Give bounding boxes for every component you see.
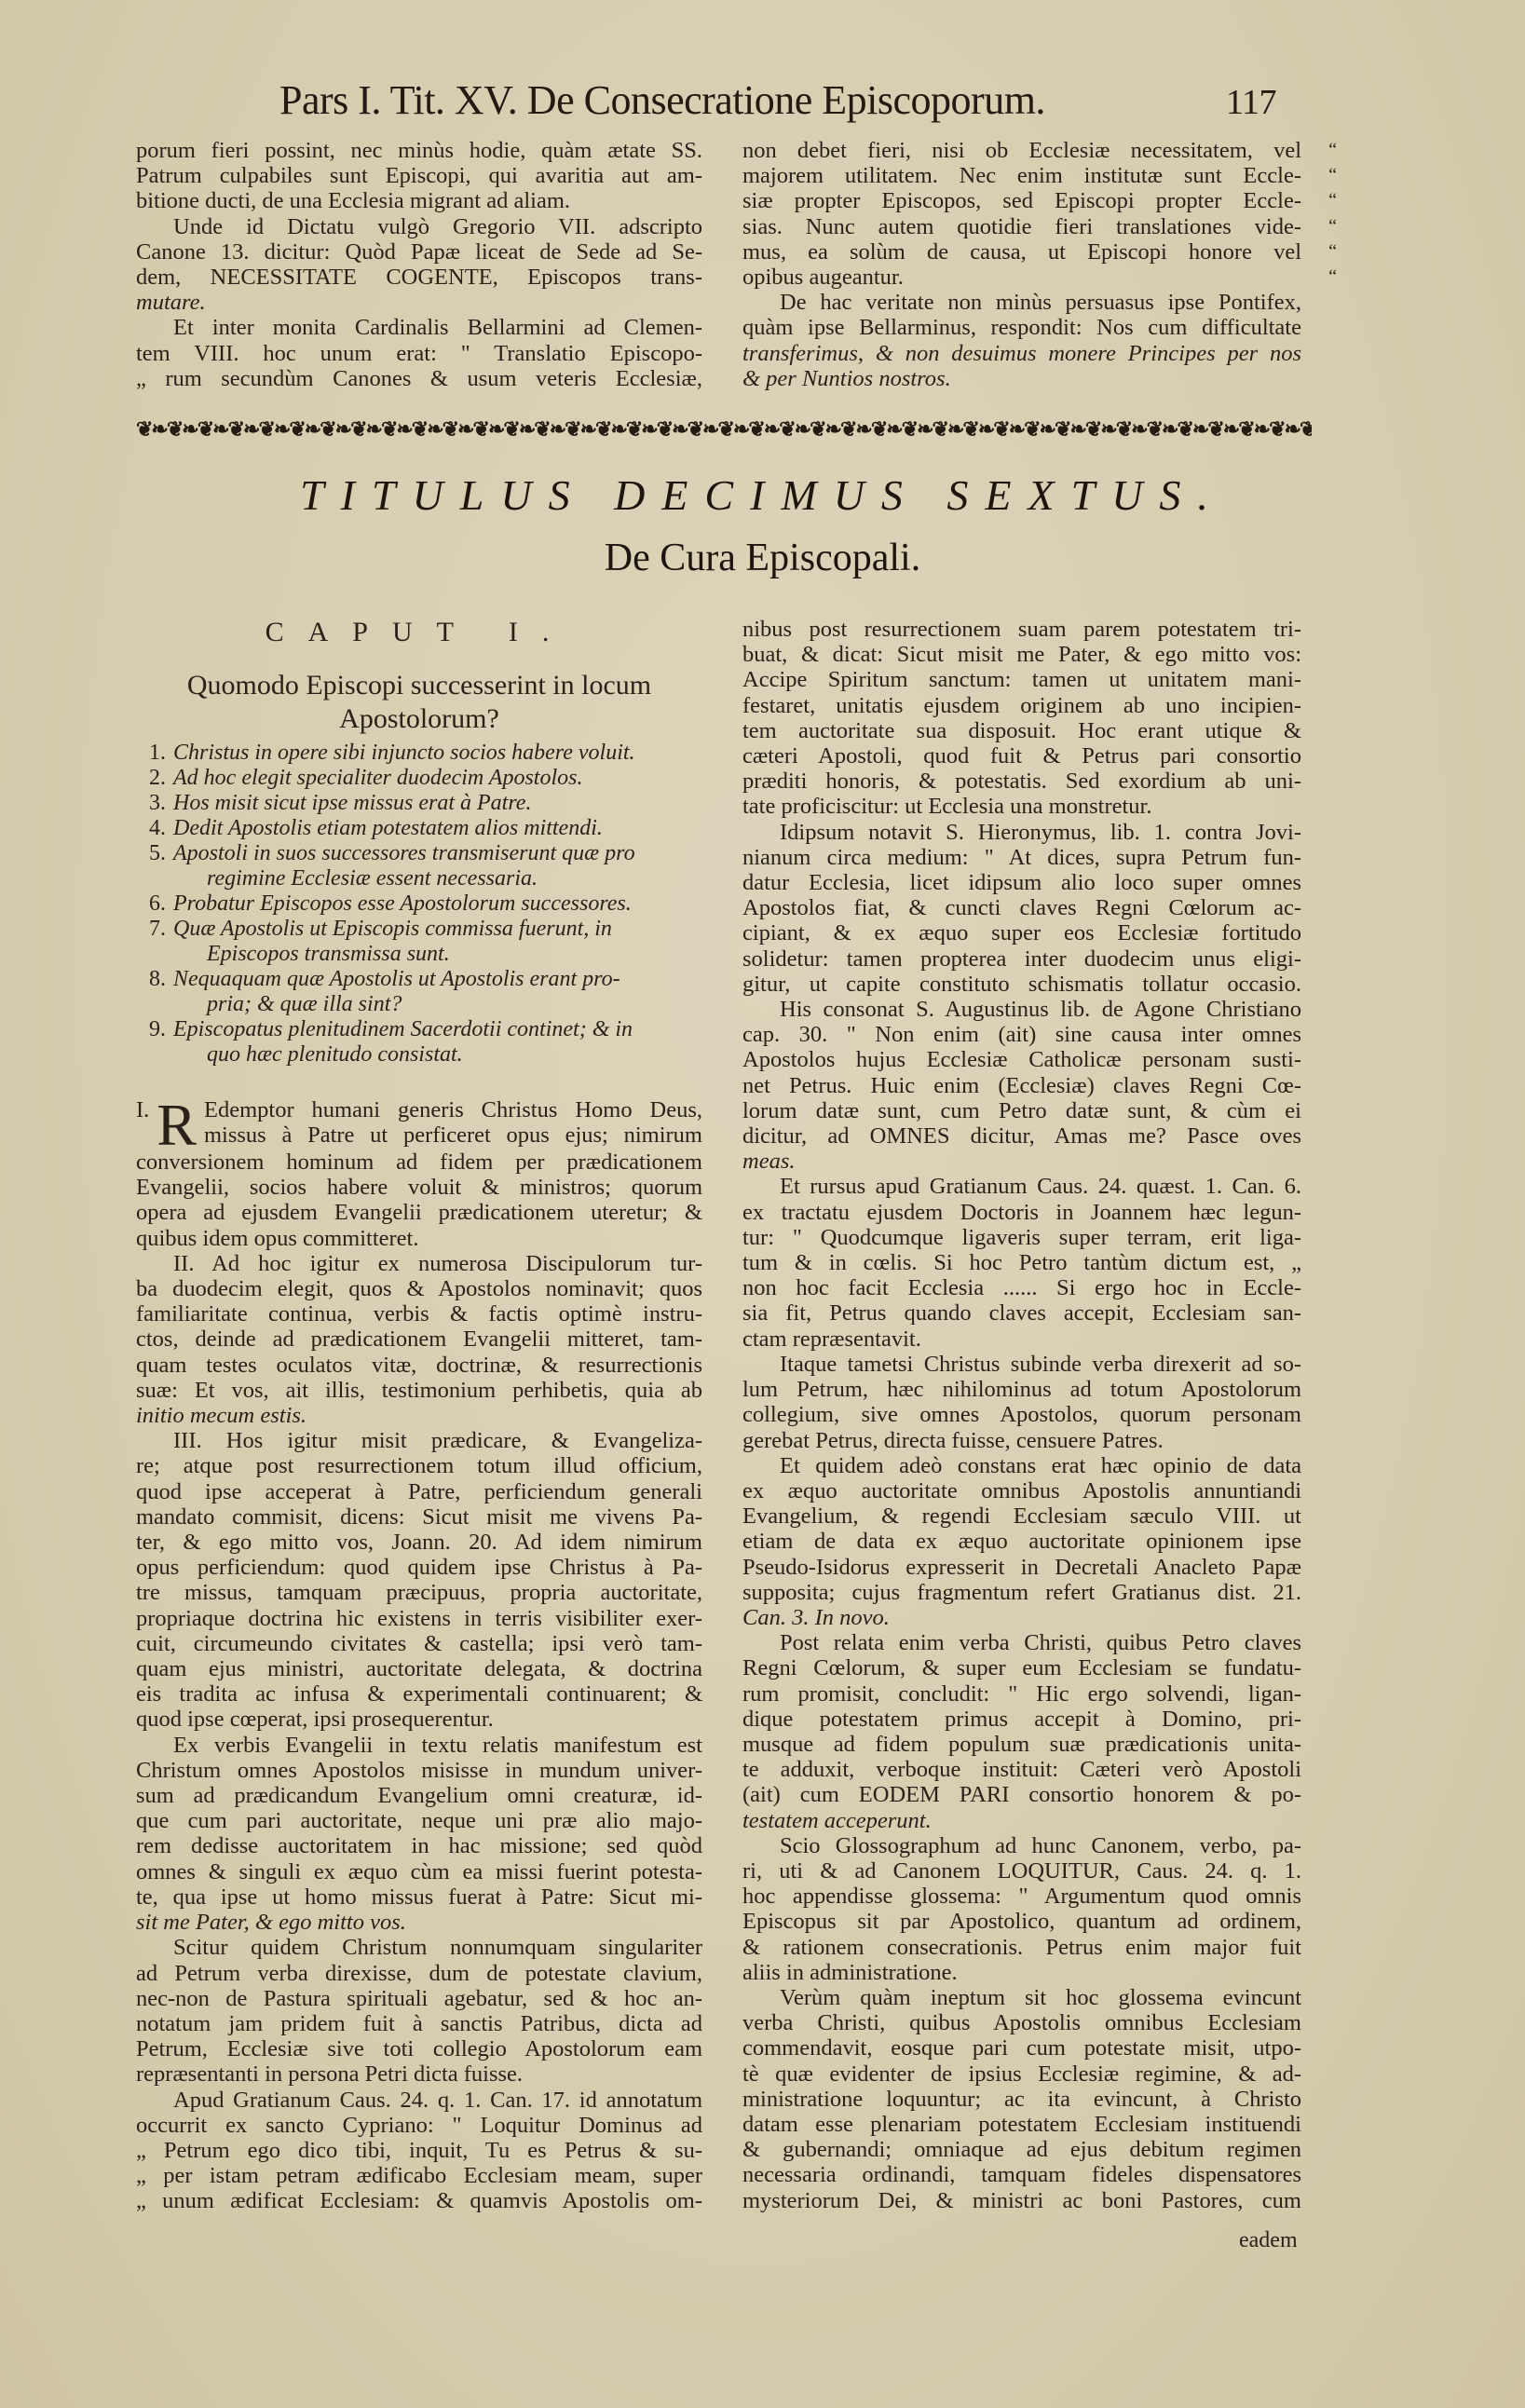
- paragraph-itaque: Itaque tametsi Christus subinde verba di…: [742, 1352, 1301, 1453]
- text-line: Patrum culpabiles sunt Episcopi, qui ava…: [136, 163, 702, 188]
- text-line: Ex verbis Evangelii in textu relatis man…: [136, 1733, 702, 1758]
- text-line: sum ad prædicandum Evangelium omni creat…: [136, 1783, 702, 1808]
- summary-continuation: regimine Ecclesiæ essent necessaria.: [149, 866, 699, 891]
- text-line: tem auctoritate sua disposuit. Hoc erant…: [742, 718, 1301, 743]
- text-line: quod ipse cœperat, ipsi prosequerentur.: [136, 1707, 702, 1732]
- quote-mark: “: [1328, 214, 1337, 239]
- text-line: rem dedisse auctoritatem in hac missione…: [136, 1833, 702, 1858]
- body-left-column: I. R Edemptor humani generis Christus Ho…: [136, 1097, 702, 2214]
- summary-number: 1.: [149, 741, 173, 766]
- summary-number: 6.: [149, 891, 173, 917]
- text-line: que cum pari auctoritate, neque uni præ …: [136, 1808, 702, 1833]
- text-line: Et quidem adeò constans erat hæc opinio …: [742, 1453, 1301, 1478]
- text-line: etiam de data ex æquo auctoritate opinio…: [742, 1529, 1301, 1554]
- text-line: & gubernandi; omniaque ad ejus debitum r…: [742, 2137, 1301, 2162]
- summary-continuation: pria; & quæ illa sint?: [149, 992, 699, 1017]
- summary-continuation: Episcopos transmissa sunt.: [149, 942, 699, 967]
- summary-item: 5.Apostoli in suos successores transmise…: [149, 841, 699, 866]
- text-line: Unde id Dictatu vulgò Gregorio VII. adsc…: [136, 214, 702, 239]
- section-I: I. R Edemptor humani generis Christus Ho…: [136, 1097, 702, 1251]
- text-line: ex æquo auctoritate omnibus Apostolis an…: [742, 1478, 1301, 1503]
- text-line: ter, & ego mitto vos, Joann. 20. Ad idem…: [136, 1530, 702, 1555]
- text-line: necessaria ordinandi, tamquam fideles di…: [742, 2162, 1301, 2187]
- text-line: repræsentanti in persona Petri dicta fui…: [136, 2061, 702, 2087]
- summary-number: 2.: [149, 766, 173, 791]
- summary-number: 5.: [149, 841, 173, 866]
- text-line: „ unum ædificat Ecclesiam: & quamvis Apo…: [136, 2188, 702, 2213]
- text-line: buat, & dicat: Sicut misit me Pater, & e…: [742, 642, 1301, 667]
- text-line: Idipsum notavit S. Hieronymus, lib. 1. c…: [742, 820, 1301, 845]
- text-line: Post relata enim verba Christi, quibus P…: [742, 1630, 1301, 1655]
- text-line: Christum omnes Apostolos misisse in mund…: [136, 1758, 702, 1783]
- line-text: non debet fieri, nisi ob Ecclesiæ necess…: [742, 138, 1301, 163]
- text-line: Edemptor humani generis Christus Homo De…: [136, 1097, 702, 1122]
- paragraph-et-quidem: Et quidem adeò constans erat hæc opinio …: [742, 1453, 1301, 1630]
- paragraph-continuation: nibus post resurrectionem suam parem pot…: [742, 617, 1301, 820]
- catchword: eadem: [1239, 2228, 1298, 2253]
- text-line: gerebat Petrus, directa fuisse, censuere…: [742, 1428, 1301, 1453]
- text-line: opibus augeantur.“: [742, 265, 1301, 290]
- text-line: mandato commisit, dicens: Sicut misit me…: [136, 1504, 702, 1530]
- text-line: Et rursus apud Gratianum Caus. 24. quæst…: [742, 1174, 1301, 1199]
- text-line: meas.: [742, 1149, 1301, 1174]
- summary-text: Nequaquam quæ Apostolis ut Apostolis era…: [173, 967, 699, 992]
- text-line: initio mecum estis.: [136, 1403, 702, 1428]
- text-line: quibus idem opus committeret.: [136, 1226, 702, 1251]
- chapter-question: Quomodo Episcopi successerint in locum A…: [136, 669, 702, 736]
- text-line: Itaque tametsi Christus subinde verba di…: [742, 1352, 1301, 1377]
- continuation-right-column: non debet fieri, nisi ob Ecclesiæ necess…: [742, 138, 1301, 391]
- paragraph-apud-gratianum: Apud Gratianum Caus. 24. q. 1. Can. 17. …: [136, 2088, 702, 2214]
- text-line: III. Hos igitur misit prædicare, & Evang…: [136, 1428, 702, 1453]
- summary-text: Probatur Episcopos esse Apostolorum succ…: [173, 891, 699, 917]
- quote-mark: “: [1328, 138, 1337, 163]
- text-line: sit me Pater, & ego mitto vos.: [136, 1910, 702, 1935]
- text-line: tur: " Quodcumque ligaveris super terram…: [742, 1225, 1301, 1250]
- text-line: te, qua ipse ut homo missus fuerat à Pat…: [136, 1884, 702, 1910]
- text-line: Et inter monita Cardinalis Bellarmini ad…: [136, 315, 702, 340]
- drop-cap: R: [157, 1101, 197, 1150]
- text-line: quam testes oculatos vitæ, doctrinæ, & r…: [136, 1353, 702, 1378]
- text-line: nibus post resurrectionem suam parem pot…: [742, 617, 1301, 642]
- paragraph-scitur: Scitur quidem Christum nonnumquam singul…: [136, 1935, 702, 2087]
- chapter-summary-list: 1.Christus in opere sibi injuncto socios…: [149, 741, 699, 1068]
- text-line: cæteri Apostoli, quod fuit & Petrus pari…: [742, 743, 1301, 769]
- text-line: quod ipse acceperat à Patre, perficiendu…: [136, 1479, 702, 1504]
- summary-text: Ad hoc elegit specialiter duodecim Apost…: [173, 766, 699, 791]
- question-line: Apostolorum?: [136, 702, 702, 736]
- text-line: Scitur quidem Christum nonnumquam singul…: [136, 1935, 702, 1960]
- summary-item: 2.Ad hoc elegit specialiter duodecim Apo…: [149, 766, 699, 791]
- text-line: solidetur: tamen propterea inter duodeci…: [742, 946, 1301, 972]
- text-line: non debet fieri, nisi ob Ecclesiæ necess…: [742, 138, 1301, 163]
- title-subtitle: De Cura Episcopali.: [0, 536, 1525, 580]
- text-line: præditi honoris, & potestatis. Sed exord…: [742, 769, 1301, 794]
- question-line: Quomodo Episcopi successerint in locum: [136, 669, 702, 702]
- text-line: missus à Patre ut perficeret opus ejus; …: [136, 1122, 702, 1148]
- summary-item: 8.Nequaquam quæ Apostolis ut Apostolis e…: [149, 967, 699, 992]
- quote-mark: “: [1328, 188, 1337, 213]
- text-line: conversionem hominum ad fidem per prædic…: [136, 1150, 702, 1175]
- text-line: cap. 30. " Non enim (ait) sine causa int…: [742, 1022, 1301, 1047]
- text-line: & rationem consecrationis. Petrus enim m…: [742, 1935, 1301, 1960]
- summary-text: Apostoli in suos successores transmiseru…: [173, 841, 699, 866]
- text-line: Evangelii, socios habere voluit & minist…: [136, 1175, 702, 1200]
- text-line: gitur, ut capite constituto schismatis t…: [742, 972, 1301, 997]
- text-line: te adduxit, verboque instituit: Cæteri v…: [742, 1757, 1301, 1782]
- running-head: Pars I. Tit. XV. De Consecratione Episco…: [279, 76, 1314, 124]
- text-line: testatem acceperunt.: [742, 1808, 1301, 1833]
- text-line: dique potestatem primus accepit à Domino…: [742, 1707, 1301, 1732]
- paragraph-post-relata: Post relata enim verba Christi, quibus P…: [742, 1630, 1301, 1833]
- summary-number: 4.: [149, 816, 173, 841]
- summary-text: Dedit Apostolis etiam potestatem alios m…: [173, 816, 699, 841]
- summary-number: 8.: [149, 967, 173, 992]
- text-line: net Petrus. Huic enim (Ecclesiæ) claves …: [742, 1073, 1301, 1098]
- text-line: Apostolos fiat, & cuncti claves Regni Cœ…: [742, 895, 1301, 920]
- line-text: mus, ea solùm de causa, ut Episcopi hono…: [742, 239, 1301, 265]
- text-line: cipiant, & ex æquo super eos Ecclesiæ fo…: [742, 920, 1301, 946]
- text-line: siæ propter Episcopos, sed Episcopi prop…: [742, 188, 1301, 213]
- quote-mark: “: [1328, 163, 1337, 188]
- text-line: commendavit, eosque pari cum potestate m…: [742, 2035, 1301, 2061]
- text-line: tre missus, tamquam præcipuus, propria a…: [136, 1580, 702, 1605]
- text-line: ad Petrum verba direxisse, dum de potest…: [136, 1961, 702, 1986]
- text-line: musque ad fidem populum suæ prædicationi…: [742, 1732, 1301, 1757]
- summary-number: 3.: [149, 791, 173, 816]
- text-line: opus perficiendum: quod quidem ipse Chri…: [136, 1555, 702, 1580]
- text-line: tè quæ evidenter de ipsius Ecclesiæ regi…: [742, 2061, 1301, 2087]
- text-line: Episcopus sit par Apostolico, quantum ad…: [742, 1909, 1301, 1934]
- summary-continuation: quo hæc plenitudo consistat.: [149, 1042, 699, 1068]
- body-right-column: nibus post resurrectionem suam parem pot…: [742, 617, 1301, 2213]
- text-line: occurrit ex sancto Cypriano: " Loquitur …: [136, 2113, 702, 2138]
- summary-text: Episcopatus plenitudinem Sacerdotii cont…: [173, 1017, 699, 1042]
- paragraph-verum: Verùm quàm ineptum sit hoc glossema evin…: [742, 1985, 1301, 2213]
- text-line: aliis in administratione.: [742, 1960, 1301, 1985]
- text-line: Petrum, Ecclesiæ sive toti collegio Apos…: [136, 2036, 702, 2061]
- text-line: notatum jam pridem fuit à sanctis Patrib…: [136, 2011, 702, 2036]
- text-line: ministratione loquuntur; ac ita evincunt…: [742, 2087, 1301, 2112]
- summary-item: 1.Christus in opere sibi injuncto socios…: [149, 741, 699, 766]
- page-number: 117: [1226, 82, 1276, 123]
- text-line: lorum datæ sunt, cum Petro datæ sunt, & …: [742, 1098, 1301, 1123]
- text-line: sia fit, Petrus quando claves accepit, E…: [742, 1300, 1301, 1326]
- quote-mark: “: [1328, 265, 1337, 290]
- quote-mark: “: [1328, 239, 1337, 265]
- decorative-ornament-band: ❦❧❦❧❦❧❦❧❦❧❦❧❦❧❦❧❦❧❦❧❦❧❦❧❦❧❦❧❦❧❦❧❦❧❦❧❦❧❦❧…: [136, 417, 1312, 442]
- text-line: datam esse plenariam potestatem Ecclesia…: [742, 2112, 1301, 2137]
- text-line: quam ejus ministri, auctoritate delegata…: [136, 1656, 702, 1681]
- text-line: verba Christi, quibus Apostolis omnibus …: [742, 2010, 1301, 2035]
- text-line: opera ad ejusdem Evangelii prædicationem…: [136, 1200, 702, 1225]
- text-line: His consonat S. Augustinus lib. de Agone…: [742, 997, 1301, 1022]
- text-line: dicitur, ad OMNES dicitur, Amas me? Pasc…: [742, 1123, 1301, 1149]
- text-line: Canone 13. dicitur: Quòd Papæ liceat de …: [136, 239, 702, 265]
- summary-item: 4.Dedit Apostolis etiam potestatem alios…: [149, 816, 699, 841]
- book-page: Pars I. Tit. XV. De Consecratione Episco…: [0, 0, 1525, 2408]
- paragraph-ex-verbis: Ex verbis Evangelii in textu relatis man…: [136, 1733, 702, 1936]
- text-line: II. Ad hoc igitur ex numerosa Discipulor…: [136, 1251, 702, 1276]
- text-line: re; atque post resurrectionem totum illu…: [136, 1453, 702, 1478]
- text-line: „ per istam petram ædificabo Ecclesiam m…: [136, 2163, 702, 2188]
- text-line: „ rum secundùm Canones & usum veteris Ec…: [136, 366, 702, 391]
- text-line: hoc appendisse glossema: " Argumentum qu…: [742, 1884, 1301, 1909]
- paragraph-his-consonat: His consonat S. Augustinus lib. de Agone…: [742, 997, 1301, 1174]
- text-line: Accipe Spiritum sanctum: tamen ut unitat…: [742, 667, 1301, 692]
- text-line: „ Petrum ego dico tibi, inquit, Tu es Pe…: [136, 2138, 702, 2163]
- summary-number: 9.: [149, 1017, 173, 1042]
- text-line: mus, ea solùm de causa, ut Episcopi hono…: [742, 239, 1301, 265]
- text-line: majorem utilitatem. Nec enim institutæ s…: [742, 163, 1301, 188]
- text-line: Apostolos hujus Ecclesiæ Catholicæ perso…: [742, 1047, 1301, 1072]
- text-line: dem, NECESSITATE COGENTE, Episcopos tran…: [136, 265, 702, 290]
- text-line: & per Nuntios nostros.: [742, 366, 1301, 391]
- text-line: suæ: Et vos, ait illis, testimonium perh…: [136, 1378, 702, 1403]
- paragraph-et-rursus: Et rursus apud Gratianum Caus. 24. quæst…: [742, 1174, 1301, 1351]
- text-line: tem VIII. hoc unum erat: " Translatio Ep…: [136, 341, 702, 366]
- text-line: lum Petrum, hæc nihilominus ad totum Apo…: [742, 1377, 1301, 1402]
- text-line: non hoc facit Ecclesia ...... Si ergo ho…: [742, 1275, 1301, 1300]
- line-text: majorem utilitatem. Nec enim institutæ s…: [742, 163, 1301, 188]
- text-line: ex tractatu ejusdem Doctoris in Joannem …: [742, 1200, 1301, 1225]
- text-line: rum promisit, concludit: " Hic ergo solv…: [742, 1681, 1301, 1707]
- text-line: ba duodecim elegit, quos & Apostolos nom…: [136, 1276, 702, 1301]
- text-line: Scio Glossographum ad hunc Canonem, verb…: [742, 1833, 1301, 1858]
- text-line: omnes & singuli ex æquo cùm ea missi fue…: [136, 1859, 702, 1884]
- section-II: II. Ad hoc igitur ex numerosa Discipulor…: [136, 1251, 702, 1428]
- text-line: transferimus, & non desuimus monere Prin…: [742, 341, 1301, 366]
- text-line: De hac veritate non minùs persuasus ipse…: [742, 290, 1301, 315]
- summary-item: 7.Quæ Apostolis ut Episcopis commissa fu…: [149, 917, 699, 942]
- ornament-glyphs: ❦❧❦❧❦❧❦❧❦❧❦❧❦❧❦❧❦❧❦❧❦❧❦❧❦❧❦❧❦❧❦❧❦❧❦❧❦❧❦❧…: [136, 417, 1312, 442]
- titulus-heading: TITULUS DECIMUS SEXTUS.: [0, 470, 1525, 520]
- text-line: Verùm quàm ineptum sit hoc glossema evin…: [742, 1985, 1301, 2010]
- text-line: nec-non de Pastura spirituali agebatur, …: [136, 1986, 702, 2011]
- text-line: tate proficiscitur: ut Ecclesia una mons…: [742, 794, 1301, 819]
- text-line: Apud Gratianum Caus. 24. q. 1. Can. 17. …: [136, 2088, 702, 2113]
- text-line: cuit, circumeundo civitates & castella; …: [136, 1631, 702, 1656]
- text-line: familiaritate continua, verbis & factis …: [136, 1301, 702, 1326]
- summary-item: 6.Probatur Episcopos esse Apostolorum su…: [149, 891, 699, 917]
- summary-text: Christus in opere sibi injuncto socios h…: [173, 741, 699, 766]
- summary-text: Quæ Apostolis ut Episcopis commissa fuer…: [173, 917, 699, 942]
- line-text: sias. Nunc autem quotidie fieri translat…: [742, 214, 1301, 239]
- text-line: porum fieri possint, nec minùs hodie, qu…: [136, 138, 702, 163]
- text-line: propriaque doctrina hic existens in terr…: [136, 1606, 702, 1631]
- text-line: collegium, sive omnes Apostolos, quorum …: [742, 1402, 1301, 1427]
- section-III: III. Hos igitur misit prædicare, & Evang…: [136, 1428, 702, 1732]
- text-line: datur Ecclesia, licet idipsum alio loco …: [742, 870, 1301, 895]
- text-line: sias. Nunc autem quotidie fieri translat…: [742, 214, 1301, 239]
- text-line: quàm ipse Bellarminus, respondit: Nos cu…: [742, 315, 1301, 340]
- summary-item: 3.Hos misit sicut ipse missus erat à Pat…: [149, 791, 699, 816]
- text-line: mysteriorum Dei, & ministri ac boni Past…: [742, 2188, 1301, 2213]
- text-line: bitione ducti, de una Ecclesia migrant a…: [136, 188, 702, 213]
- paragraph-scio: Scio Glossographum ad hunc Canonem, verb…: [742, 1833, 1301, 1985]
- text-line: Pseudo-Isidorus expresserit in Decretali…: [742, 1555, 1301, 1580]
- text-line: festaret, unitatis ejusdem originem ab u…: [742, 693, 1301, 718]
- running-title: Pars I. Tit. XV. De Consecratione Episco…: [279, 76, 1045, 124]
- summary-item: 9.Episcopatus plenitudinem Sacerdotii co…: [149, 1017, 699, 1042]
- text-line: eis tradita ac infusa & experimentali co…: [136, 1681, 702, 1707]
- paragraph-idipsum: Idipsum notavit S. Hieronymus, lib. 1. c…: [742, 820, 1301, 997]
- text-line: supposita; cujus fragmentum refert Grati…: [742, 1580, 1301, 1605]
- text-line: tum & in cœlis. Si hoc Petro tantùm dict…: [742, 1250, 1301, 1275]
- summary-number: 7.: [149, 917, 173, 942]
- text-line: (ait) cum EODEM PARI consortio honorem &…: [742, 1782, 1301, 1807]
- chapter-heading: CAPUT I.: [136, 617, 702, 648]
- text-line: ri, uti & ad Canonem LOQUITUR, Caus. 24.…: [742, 1858, 1301, 1884]
- text-line: Evangelium, & regendi Ecclesiam sæculo V…: [742, 1503, 1301, 1529]
- continuation-left-column: porum fieri possint, nec minùs hodie, qu…: [136, 138, 702, 391]
- line-text: siæ propter Episcopos, sed Episcopi prop…: [742, 188, 1301, 213]
- text-line: Can. 3. In novo.: [742, 1605, 1301, 1630]
- text-line: mutare.: [136, 290, 702, 315]
- text-line: ctam repræsentavit.: [742, 1326, 1301, 1352]
- section-numeral: I.: [136, 1097, 149, 1122]
- text-line: Regni Cœlorum, & super eum Ecclesiam se …: [742, 1655, 1301, 1680]
- summary-text: Hos misit sicut ipse missus erat à Patre…: [173, 791, 699, 816]
- text-line: nianum circa medium: " At dices, supra P…: [742, 845, 1301, 870]
- text-line: ctos, deinde ad prædicationem Evangelii …: [136, 1326, 702, 1352]
- line-text: opibus augeantur.: [742, 265, 904, 290]
